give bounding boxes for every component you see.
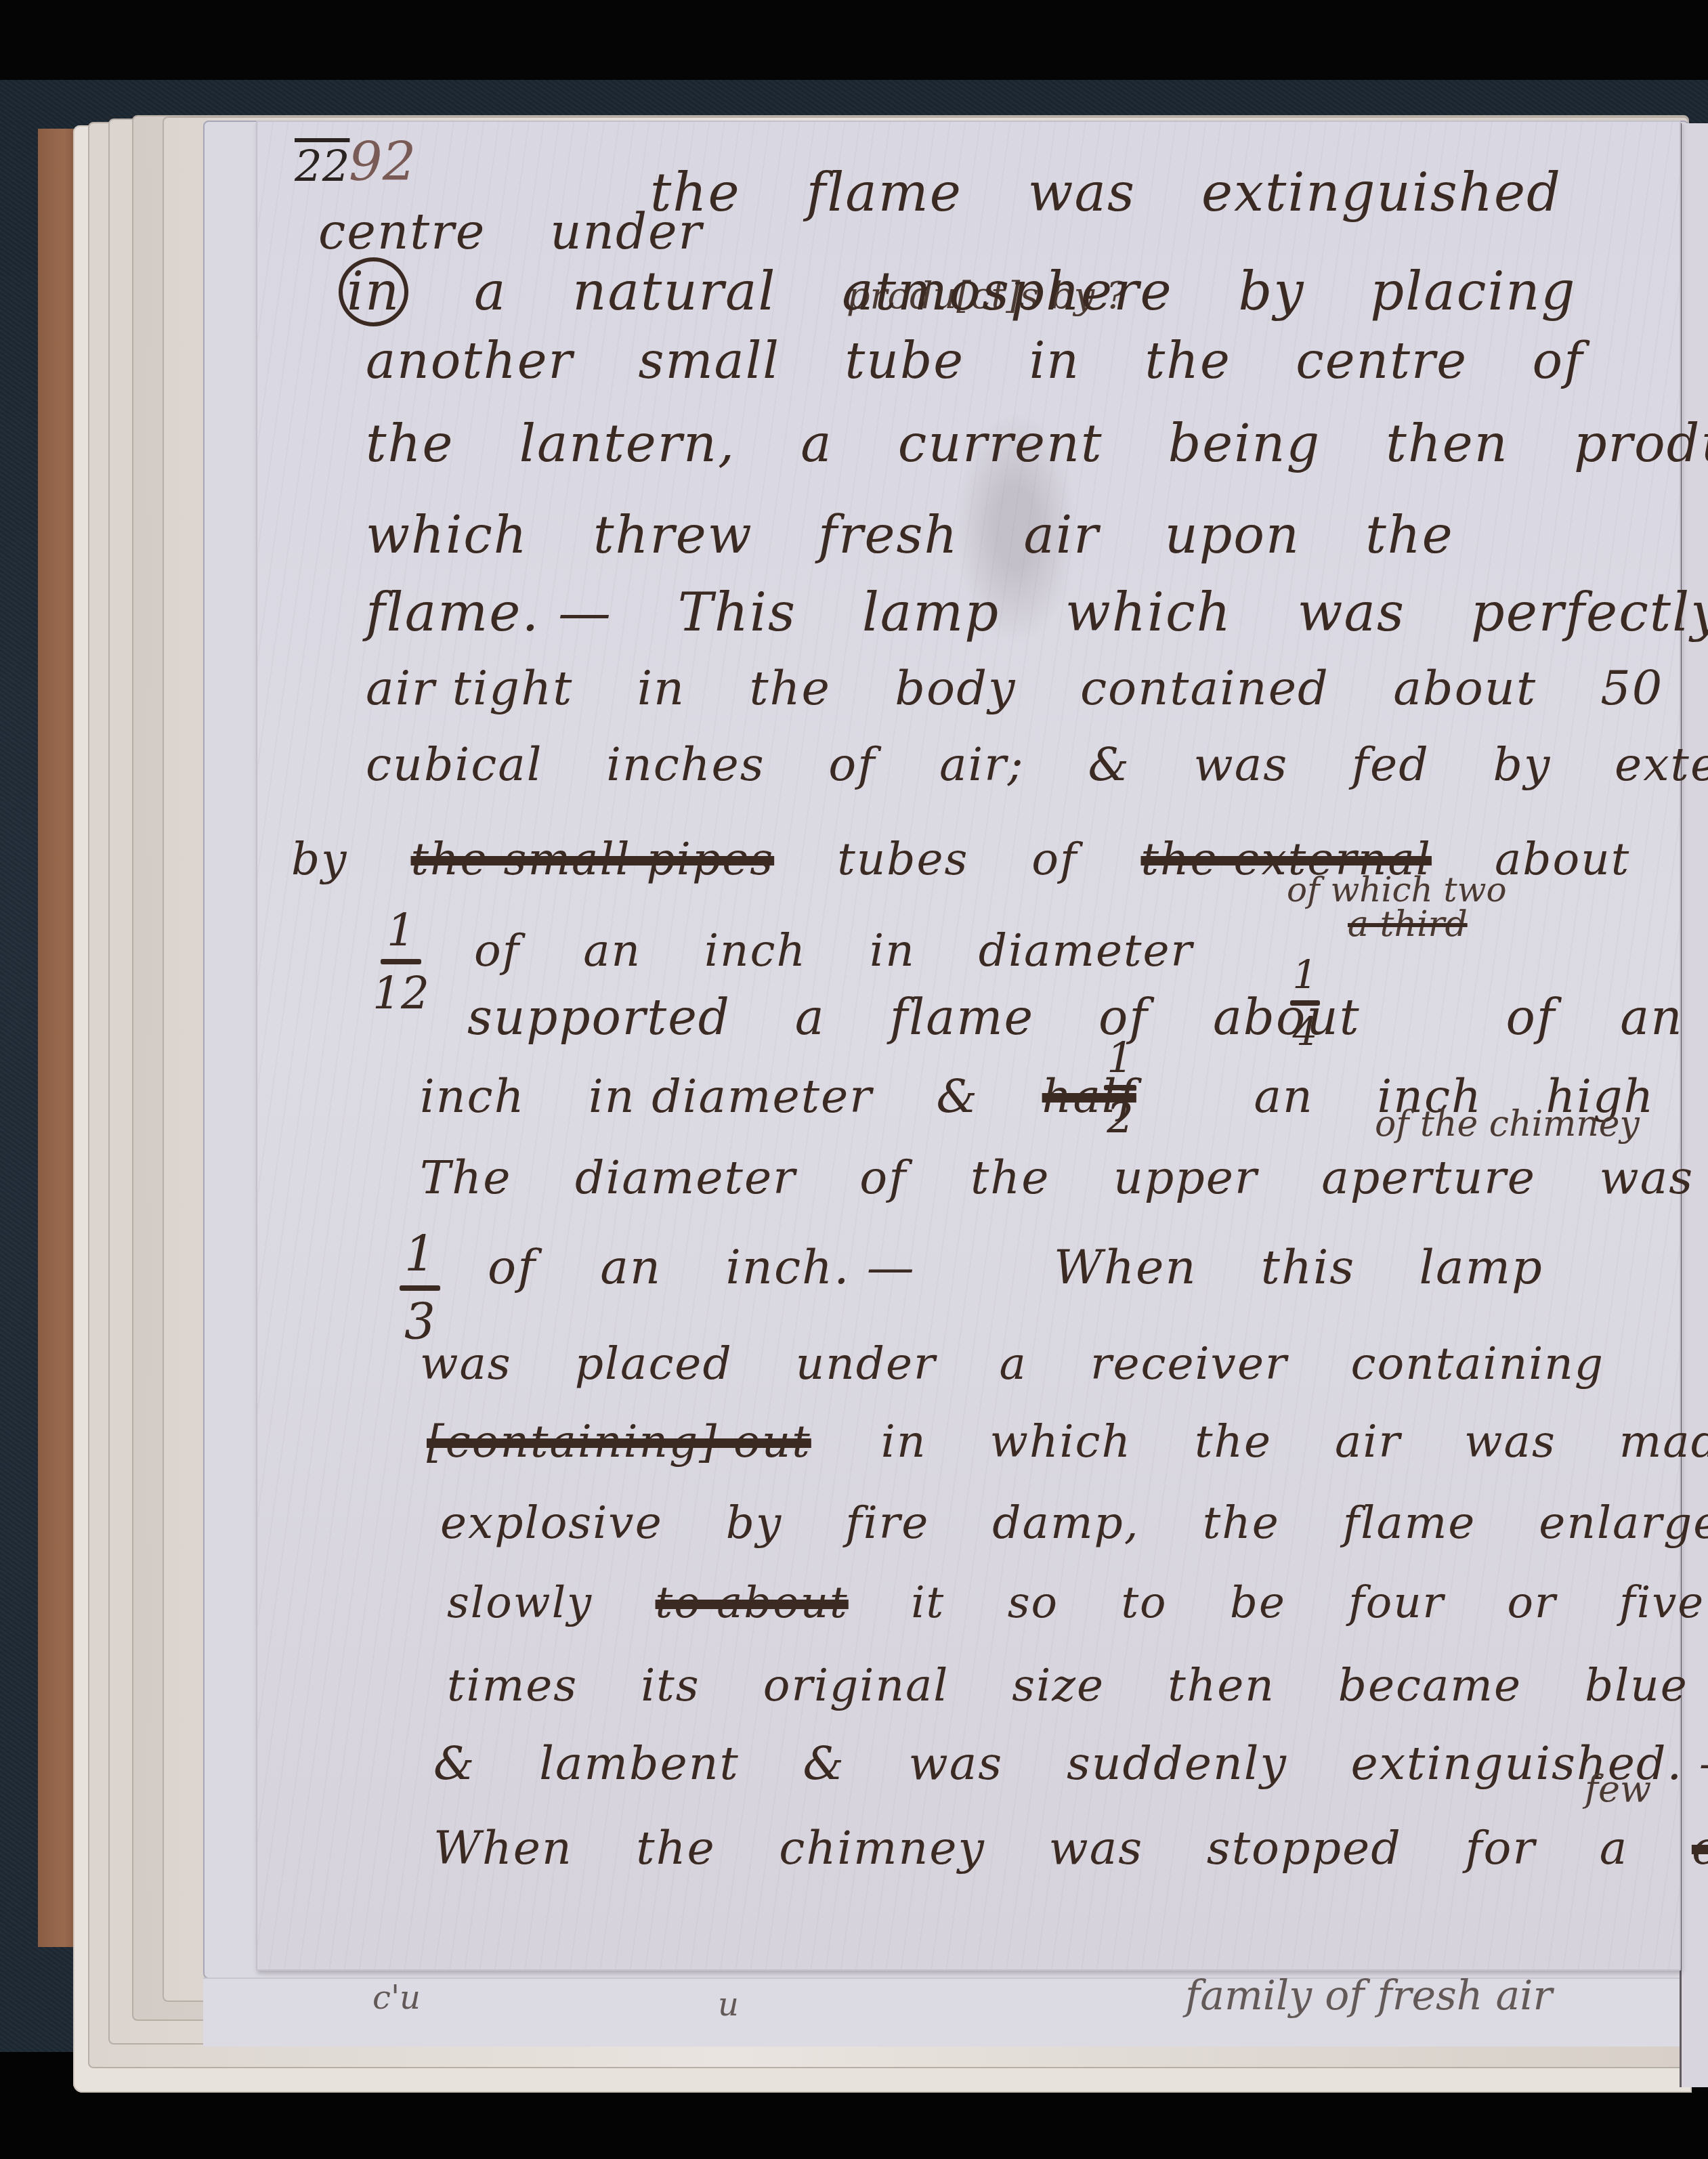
manuscript-line: times its original size then became blue — [447, 1659, 1708, 1711]
word: air — [1024, 505, 1100, 565]
word: upon — [1165, 505, 1300, 565]
underlying-page: c'u u family of fresh air — [203, 1978, 1690, 2047]
word: its — [641, 1659, 700, 1711]
fraction-1-3: 1 3 — [400, 1226, 440, 1350]
manuscript-line: which threw fresh air upon the — [366, 505, 1501, 565]
word: diameter — [575, 1151, 796, 1205]
manuscript-line: cubical inches of air; & was fed by exte… — [366, 738, 1708, 792]
manuscript-line: The diameter of the upper aperture was — [420, 1151, 1708, 1205]
word: produced — [1574, 413, 1708, 473]
word: suddenly — [1067, 1737, 1287, 1791]
fraction-bar — [400, 1285, 440, 1291]
fraction-1-2: 1 2 — [1104, 1033, 1136, 1142]
manuscript-line: [containing] out in which the air was ma… — [427, 1415, 1708, 1468]
fraction-denominator: 4 — [1293, 1008, 1318, 1054]
word: external air — [1615, 738, 1708, 792]
word: it — [911, 1578, 945, 1628]
word: extinguished — [1201, 163, 1562, 223]
word: slowly — [447, 1578, 593, 1628]
manuscript-line: the flame was extinguished — [650, 163, 1609, 223]
fraction-bar — [381, 959, 421, 964]
word: this — [1261, 1239, 1356, 1295]
word: fire — [845, 1497, 929, 1549]
fraction-denominator: 12 — [372, 967, 429, 1019]
word: enlarged — [1539, 1497, 1708, 1549]
word: & — [936, 1070, 979, 1124]
word: was — [1464, 1415, 1556, 1468]
word: the — [1203, 1497, 1280, 1549]
word: This — [678, 582, 796, 643]
word: fed — [1352, 738, 1430, 792]
word: to — [1121, 1578, 1167, 1628]
word: by — [291, 833, 348, 885]
word: was — [1049, 1822, 1144, 1875]
word: original — [763, 1659, 949, 1711]
word: so — [1008, 1578, 1059, 1628]
word: inches — [606, 738, 765, 792]
word: by — [726, 1497, 783, 1549]
manuscript-line: another small tube in the centre of — [366, 332, 1631, 390]
word: a — [474, 261, 507, 322]
word: was — [1194, 738, 1289, 792]
word: air — [1335, 1415, 1401, 1468]
word: fresh — [818, 505, 958, 565]
word: be — [1230, 1578, 1286, 1628]
word: for — [1465, 1822, 1536, 1875]
word: was — [1028, 163, 1136, 223]
word: an — [1620, 989, 1683, 1046]
word: containing — [1351, 1338, 1605, 1390]
word: was — [1298, 582, 1405, 643]
word: a — [795, 989, 826, 1046]
word: 50 — [1600, 660, 1663, 716]
manuscript-line: was placed under a receiver containing — [420, 1338, 1652, 1390]
word: was — [1600, 1151, 1694, 1205]
manuscript-line: of an inch. — When this lamp — [488, 1239, 1591, 1295]
word: damp, — [992, 1497, 1139, 1549]
word: placing — [1370, 261, 1576, 322]
word: lamp — [1419, 1239, 1543, 1295]
word: extinguished. — — [1350, 1737, 1708, 1791]
word: lambent — [539, 1737, 740, 1791]
word: air tight — [366, 660, 573, 716]
fraction-numerator: 1 — [1107, 1033, 1133, 1082]
word: tube — [845, 332, 965, 390]
word: receiver — [1090, 1338, 1288, 1390]
word: the — [1195, 1415, 1272, 1468]
word: chimney — [779, 1822, 985, 1875]
fraction-1-12: 1 12 — [372, 904, 429, 1019]
word: explosive — [440, 1497, 663, 1549]
word: size — [1012, 1659, 1105, 1711]
word: four — [1348, 1578, 1445, 1628]
word: contained — [1080, 660, 1329, 716]
word: & — [1088, 738, 1130, 792]
word: centre — [1296, 332, 1468, 390]
word: flame — [890, 989, 1034, 1046]
word: five — [1619, 1578, 1705, 1628]
word: When — [433, 1822, 573, 1875]
word: which — [989, 1415, 1132, 1468]
under-page-fragment: family of fresh air — [1185, 1972, 1552, 2019]
word: upper — [1113, 1151, 1258, 1205]
word: in — [339, 257, 408, 326]
word: then — [1168, 1659, 1275, 1711]
manuscript-line: the lantern, a current being then produc… — [366, 413, 1708, 473]
manuscript-line: When the chimney was stopped for a coupl… — [433, 1822, 1708, 1875]
word: of — [488, 1239, 536, 1295]
word: by — [1239, 261, 1305, 322]
word: The — [420, 1151, 511, 1205]
manuscript-line: & lambent & was suddenly extinguished. — — [433, 1737, 1708, 1791]
struck-word: [containing] out — [427, 1415, 811, 1468]
word: inch — [420, 1070, 525, 1124]
word: threw — [593, 505, 753, 565]
word: centre — [318, 203, 486, 260]
word: perfectly — [1471, 582, 1708, 643]
word: was — [909, 1737, 1004, 1791]
word: cubical — [366, 738, 543, 792]
word: atmosphere — [842, 261, 1173, 322]
word: lamp — [862, 582, 1000, 643]
manuscript-line: explosive by fire damp, the flame enlarg… — [440, 1497, 1708, 1549]
word: & — [803, 1737, 845, 1791]
word: by — [1493, 738, 1551, 792]
word: of — [859, 1151, 907, 1205]
word: in — [1029, 332, 1080, 390]
word: then — [1386, 413, 1508, 473]
word: became — [1338, 1659, 1522, 1711]
word: flame. — — [366, 582, 612, 643]
interlinear-insertion: of the chimney — [1375, 1104, 1640, 1145]
word: the — [366, 413, 454, 473]
word: small — [638, 332, 780, 390]
fraction-numerator: 1 — [1293, 952, 1318, 998]
word: which — [1065, 582, 1232, 643]
word: inch — [704, 924, 807, 977]
word: a — [800, 413, 832, 473]
fraction-numerator: 1 — [387, 904, 415, 956]
word: current — [898, 413, 1103, 473]
word: in — [870, 924, 916, 977]
word: under — [550, 203, 703, 260]
under-page-fragment: u — [718, 1986, 739, 2024]
manuscript-line: supported a flame of about of an — [467, 989, 1708, 1046]
word: in — [881, 1415, 927, 1468]
word: under — [796, 1338, 937, 1390]
word: a — [1600, 1822, 1629, 1875]
word: inch. — — [725, 1239, 915, 1295]
word: made — [1619, 1415, 1708, 1468]
word: the — [636, 1822, 715, 1875]
word: the — [970, 1151, 1050, 1205]
word: an — [1254, 1070, 1314, 1124]
word: the — [749, 660, 831, 716]
struck-word: to about — [656, 1578, 849, 1628]
word: aperture — [1321, 1151, 1536, 1205]
fraction-1-4: 1 4 — [1290, 952, 1320, 1054]
word: or — [1508, 1578, 1557, 1628]
word: stopped — [1207, 1822, 1402, 1875]
word: about — [1393, 660, 1537, 716]
fraction-bar — [1290, 1000, 1320, 1006]
page-number-pencil: 92 — [349, 132, 416, 193]
word: being — [1168, 413, 1321, 473]
word: body — [895, 660, 1016, 716]
struck-word: the small pipes — [411, 833, 775, 885]
fraction-bar — [1104, 1085, 1136, 1090]
word: about — [1495, 833, 1630, 885]
manuscript-line: centre under — [318, 203, 750, 260]
word: tubes — [837, 833, 968, 885]
word: flame — [1343, 1497, 1476, 1549]
page-number-ink: 22 — [295, 142, 349, 192]
word: natural — [572, 261, 776, 322]
manuscript-line: slowly to about it so to be four or five — [447, 1578, 1708, 1628]
word: When — [1054, 1239, 1197, 1295]
fraction-denominator: 2 — [1107, 1093, 1133, 1142]
word: in — [637, 660, 685, 716]
word: of — [1031, 833, 1077, 885]
word: & — [433, 1737, 476, 1791]
word: of — [828, 738, 876, 792]
word: supported — [467, 989, 731, 1046]
word: of — [1533, 332, 1584, 390]
manuscript-line: in a natural atmosphere by placing — [339, 257, 1624, 326]
word: the — [1365, 505, 1453, 565]
word: times — [447, 1659, 578, 1711]
fraction-numerator: 1 — [404, 1226, 435, 1283]
under-page-fragment: c'u — [372, 1979, 421, 2017]
word: an — [583, 924, 641, 977]
word: in diameter — [589, 1070, 873, 1124]
word: diameter — [979, 924, 1193, 977]
word: another — [366, 332, 574, 390]
word: air; — [939, 738, 1025, 792]
word: of — [1506, 989, 1556, 1046]
word: which — [366, 505, 528, 565]
manuscript-line: of an inch in diameter — [474, 924, 1241, 977]
word: placed — [575, 1338, 733, 1390]
word: a — [1000, 1338, 1027, 1390]
word: about — [1213, 989, 1361, 1046]
struck-word: couple — [1692, 1822, 1708, 1875]
word: blue — [1585, 1659, 1688, 1711]
manuscript-line: air tight in the body contained about 50 — [366, 660, 1708, 716]
word: was — [420, 1338, 512, 1390]
interlinear-insertion-struck: a third — [1348, 904, 1468, 945]
word: flame — [807, 163, 962, 223]
interlinear-insertion: few — [1585, 1768, 1651, 1810]
word: of — [474, 924, 520, 977]
word: an — [600, 1239, 662, 1295]
word: the — [1145, 332, 1231, 390]
manuscript-line: flame. — This lamp which was perfectly — [366, 582, 1708, 643]
word: lantern, — [519, 413, 736, 473]
